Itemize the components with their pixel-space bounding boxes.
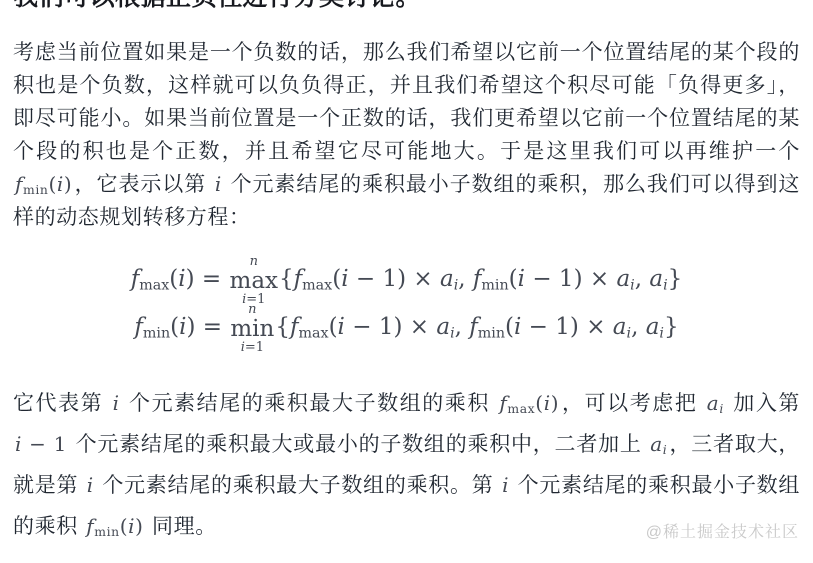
inline-math: ai bbox=[648, 432, 669, 456]
inline-math: i bbox=[85, 473, 96, 497]
article-page: 我们可以根据正负性进行分类讨论。 考虑当前位置如果是一个负数的话，那么我们希望以… bbox=[0, 0, 813, 548]
inline-math: fmin(i) bbox=[13, 172, 74, 196]
inline-math: ai bbox=[705, 391, 726, 415]
limit-operator: nmini=1 bbox=[230, 303, 274, 356]
inline-math: fmin(i) bbox=[84, 514, 145, 538]
juejin-watermark: @稀土掘金技术社区 bbox=[646, 519, 799, 542]
dp-formula-min: fmin(i) = nmini=1{fmax(i − 1) × ai, fmin… bbox=[13, 303, 800, 351]
limit-operator: nmaxi=1 bbox=[230, 255, 279, 308]
dp-transition-formulas: fmax(i) = nmaxi=1{fmax(i − 1) × ai, fmin… bbox=[13, 255, 800, 351]
inline-math: fmax(i) bbox=[497, 391, 561, 415]
inline-math: i − 1 bbox=[13, 432, 69, 456]
dp-formula-max: fmax(i) = nmaxi=1{fmax(i − 1) × ai, fmin… bbox=[13, 255, 800, 303]
inline-math: i bbox=[111, 391, 122, 415]
paragraph-approach: 考虑当前位置如果是一个负数的话，那么我们希望以它前一个位置结尾的某个段的积也是个… bbox=[13, 36, 800, 234]
inline-math: i bbox=[500, 473, 511, 497]
section-heading: 我们可以根据正负性进行分类讨论。 bbox=[13, 0, 800, 10]
inline-math: i bbox=[213, 172, 224, 196]
